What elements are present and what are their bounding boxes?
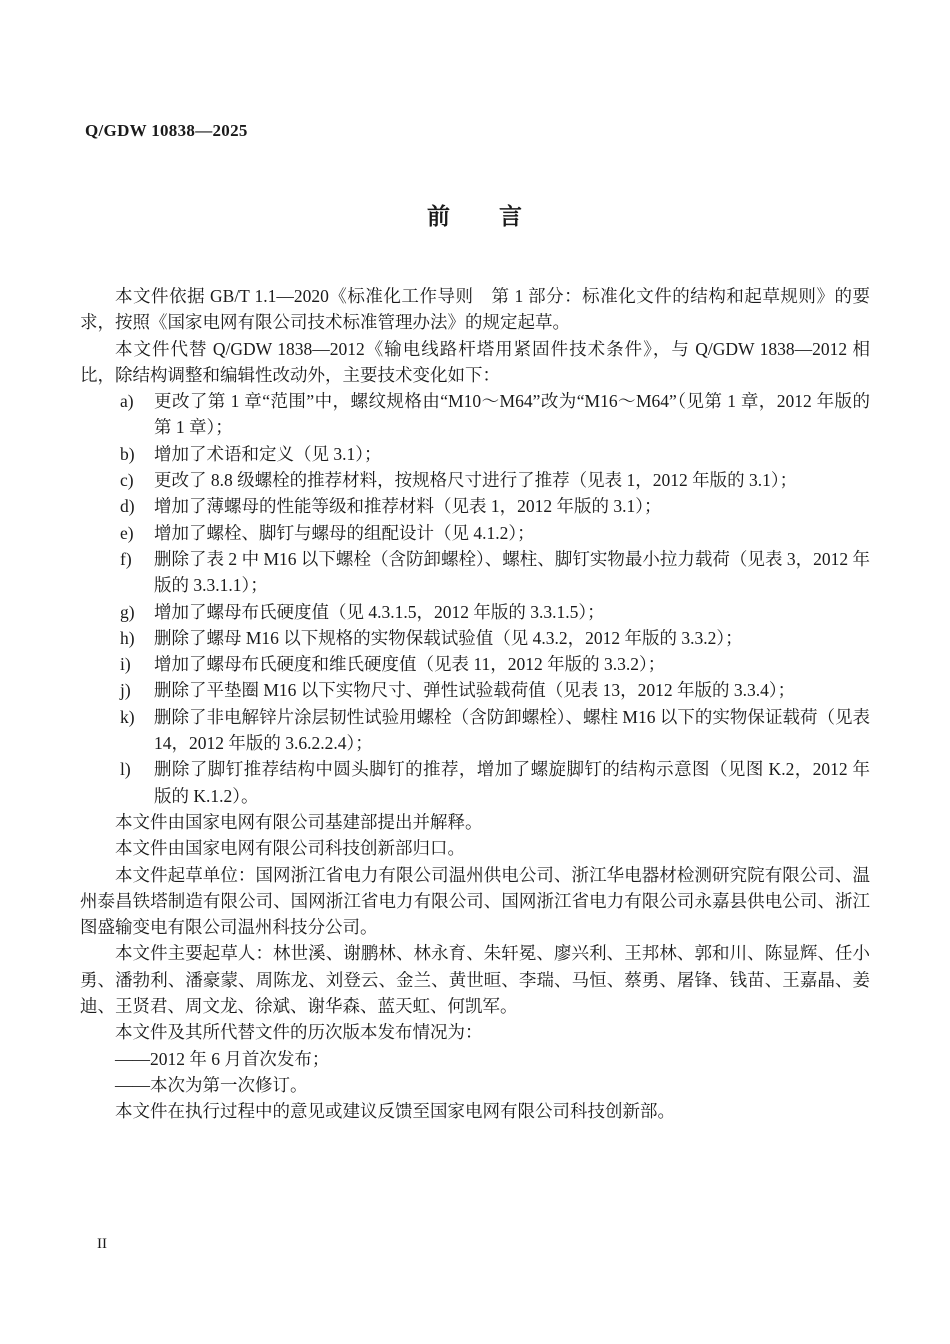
change-text: 更改了第 1 章“范围”中，螺纹规格由“M10～M64”改为“M16～M64”（… (154, 391, 870, 437)
change-text: 增加了螺栓、脚钉与螺母的组配设计（见 4.1.2）； (154, 523, 535, 543)
change-label: d) (120, 493, 135, 519)
change-text: 删除了非电解锌片涂层韧性试验用螺栓（含防卸螺栓）、螺柱 M16 以下的实物保证载… (154, 707, 870, 753)
paragraph-history-title: 本文件及其所代替文件的历次版本发布情况为： (80, 1019, 870, 1045)
change-text: 删除了螺母 M16 以下规格的实物保载试验值（见 4.3.2，2012 年版的 … (154, 628, 743, 648)
history-item: ——2012 年 6 月首次发布； (80, 1046, 870, 1072)
foreword-content: 本文件依据 GB/T 1.1—2020《标准化工作导则 第 1 部分：标准化文件… (80, 283, 870, 1125)
change-item: f) 删除了表 2 中 M16 以下螺栓（含防卸螺栓）、螺柱、脚钉实物最小拉力载… (80, 546, 870, 599)
change-text: 更改了 8.8 级螺栓的推荐材料，按规格尺寸进行了推荐（见表 1，2012 年版… (154, 470, 797, 490)
change-label: b) (120, 441, 135, 467)
change-label: a) (120, 388, 134, 414)
change-item: k) 删除了非电解锌片涂层韧性试验用螺栓（含防卸螺栓）、螺柱 M16 以下的实物… (80, 704, 870, 757)
change-label: h) (120, 625, 135, 651)
page-number: II (97, 1236, 107, 1253)
change-item: h) 删除了螺母 M16 以下规格的实物保载试验值（见 4.3.2，2012 年… (80, 625, 870, 651)
change-item: j) 删除了平垫圈 M16 以下实物尺寸、弹性试验载荷值（见表 13，2012 … (80, 677, 870, 703)
paragraph-main-drafters: 本文件主要起草人：林世溪、谢鹏林、林永育、朱轩冕、廖兴利、王邦林、郭和川、陈显辉… (80, 940, 870, 1019)
change-label: k) (120, 704, 135, 730)
history-item: ——本次为第一次修订。 (80, 1072, 870, 1098)
change-label: f) (120, 546, 132, 572)
change-item: c) 更改了 8.8 级螺栓的推荐材料，按规格尺寸进行了推荐（见表 1，2012… (80, 467, 870, 493)
paragraph-drafting-basis: 本文件依据 GB/T 1.1—2020《标准化工作导则 第 1 部分：标准化文件… (80, 283, 870, 336)
change-item: l) 删除了脚钉推荐结构中圆头脚钉的推荐，增加了螺旋脚钉的结构示意图（见图 K.… (80, 756, 870, 809)
paragraph-proposed-by: 本文件由国家电网有限公司基建部提出并解释。 (80, 809, 870, 835)
change-text: 增加了薄螺母的性能等级和推荐材料（见表 1，2012 年版的 3.1）； (154, 496, 662, 516)
standard-number-header: Q/GDW 10838—2025 (85, 121, 248, 141)
change-text: 删除了脚钉推荐结构中圆头脚钉的推荐，增加了螺旋脚钉的结构示意图（见图 K.2，2… (154, 759, 870, 805)
page-title: 前 言 (0, 198, 950, 231)
change-item: d) 增加了薄螺母的性能等级和推荐材料（见表 1，2012 年版的 3.1）； (80, 493, 870, 519)
document-page: Q/GDW 10838—2025 前 言 本文件依据 GB/T 1.1—2020… (0, 0, 950, 1344)
change-item: g) 增加了螺母布氏硬度值（见 4.3.1.5，2012 年版的 3.3.1.5… (80, 599, 870, 625)
change-label: l) (120, 756, 131, 782)
change-label: c) (120, 467, 134, 493)
change-text: 删除了表 2 中 M16 以下螺栓（含防卸螺栓）、螺柱、脚钉实物最小拉力载荷（见… (154, 549, 870, 595)
paragraph-centralized-by: 本文件由国家电网有限公司科技创新部归口。 (80, 835, 870, 861)
change-item: b) 增加了术语和定义（见 3.1）； (80, 441, 870, 467)
change-label: i) (120, 651, 131, 677)
change-text: 增加了术语和定义（见 3.1）； (154, 444, 382, 464)
change-label: j) (120, 677, 131, 703)
change-label: g) (120, 599, 135, 625)
change-item: i) 增加了螺母布氏硬度和维氏硬度值（见表 11，2012 年版的 3.3.2）… (80, 651, 870, 677)
change-text: 增加了螺母布氏硬度值（见 4.3.1.5，2012 年版的 3.3.1.5）； (154, 602, 605, 622)
change-text: 删除了平垫圈 M16 以下实物尺寸、弹性试验载荷值（见表 13，2012 年版的… (154, 680, 795, 700)
paragraph-feedback: 本文件在执行过程中的意见或建议反馈至国家电网有限公司科技创新部。 (80, 1098, 870, 1124)
paragraph-drafting-organizations: 本文件起草单位：国网浙江省电力有限公司温州供电公司、浙江华电器材检测研究院有限公… (80, 862, 870, 941)
change-label: e) (120, 520, 134, 546)
change-item: a) 更改了第 1 章“范围”中，螺纹规格由“M10～M64”改为“M16～M6… (80, 388, 870, 441)
change-text: 增加了螺母布氏硬度和维氏硬度值（见表 11，2012 年版的 3.3.2）； (154, 654, 665, 674)
paragraph-replacement-note: 本文件代替 Q/GDW 1838—2012《输电线路杆塔用紧固件技术条件》，与 … (80, 336, 870, 389)
change-item: e) 增加了螺栓、脚钉与螺母的组配设计（见 4.1.2）； (80, 520, 870, 546)
